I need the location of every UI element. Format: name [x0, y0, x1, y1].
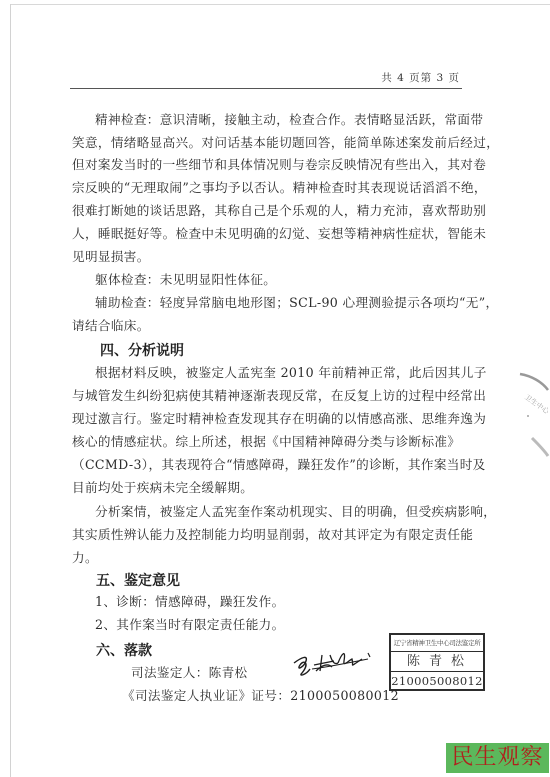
- svg-text:卫生中心: 卫生中心: [523, 392, 550, 416]
- handwritten-signature: [288, 641, 378, 681]
- mental-exam-line: 很难打断她的谈话思路，其称自己是个乐观的人，精力充沛，喜欢帮助别: [72, 203, 486, 219]
- mental-exam-line: 宗反映的“无理取闹”之事均予以否认。精神检查时其表现说话滔滔不绝，: [72, 180, 487, 196]
- mental-exam-line: 人，睡眠挺好等。检查中未见明确的幻觉、妄想等精神病性症状，智能未: [72, 226, 486, 242]
- analysis-line: 现过激言行。鉴定时精神检查发现其存在明确的以情感高涨、思维奔逸为: [72, 411, 486, 427]
- analysis-line: 力。: [72, 550, 98, 566]
- page-count: 共 4 页第 3 页: [381, 70, 460, 85]
- stamp-number: 210005008012: [391, 672, 483, 690]
- analysis-line: 其实质性辨认能力及控制能力均明显削弱，故对其评定为有限定责任能: [72, 527, 473, 543]
- analysis-line: （CCMD-3），其表现符合“情感障碍，躁狂发作”的诊断，其作案当时及: [72, 457, 486, 473]
- section-title-analysis: 四、分析说明: [100, 340, 184, 360]
- appraiser-stamp: 辽宁省精神卫生中心司法鉴定所 陈青松 210005008012: [389, 633, 485, 691]
- analysis-line: 与城管发生纠纷犯病使其精神逐渐表现反常，在反复上访的过程中经常出: [72, 388, 486, 404]
- opinion-item: 1、诊断：情感障碍，躁狂发作。: [95, 594, 285, 610]
- appraiser-name: 司法鉴定人：陈青松: [131, 665, 248, 681]
- mental-exam-line: 笑意，情绪略显高兴。对问话基本能切题回答，能简单陈述案发前后经过，: [72, 135, 499, 151]
- stamp-name: 陈青松: [391, 652, 483, 672]
- mental-exam-line: 但对案发当时的一些细节和具体情况则与卷宗反映情况有些出入，其对卷: [72, 157, 486, 173]
- mental-exam-line: 见明显损害。: [72, 249, 150, 265]
- analysis-line: 根据材料反映，被鉴定人孟宪奎 2010 年前精神正常，此后因其儿子: [95, 365, 487, 381]
- section-title-signature: 六、落款: [96, 640, 152, 660]
- physical-exam-line: 躯体检查：未见明显阳性体征。: [95, 272, 276, 288]
- analysis-line: 核心的情感症状。综上所述，根据《中国精神障碍分类与诊断标准》: [72, 434, 460, 450]
- analysis-line: 目前均处于疾病未完全缓解期。: [72, 480, 253, 496]
- analysis-line: 分析案情，被鉴定人孟宪奎作案动机现实、目的明确，但受疾病影响，: [95, 504, 496, 520]
- section-title-opinion: 五、鉴定意见: [96, 570, 180, 590]
- page-edge-left: [10, 4, 11, 777]
- page-header: 共 4 页第 3 页: [70, 68, 462, 89]
- partial-seal-icon: 卫生中心: [518, 368, 550, 458]
- license-number: 《司法鉴定人执业证》证号：2100050080012: [122, 688, 399, 704]
- watermark-badge: 民生观察: [446, 743, 549, 773]
- opinion-item: 2、其作案当时有限定责任能力。: [95, 617, 285, 633]
- stamp-org: 辽宁省精神卫生中心司法鉴定所: [391, 635, 483, 652]
- page-edge-top: [10, 4, 550, 5]
- auxiliary-exam-line: 辅助检查：轻度异常脑电地形图；SCL-90 心理测验提示各项均“无”，: [95, 295, 498, 311]
- auxiliary-exam-line: 请结合临床。: [72, 318, 150, 334]
- mental-exam-line: 精神检查：意识清晰，接触主动，检查合作。表情略显活跃，常面带: [95, 112, 483, 128]
